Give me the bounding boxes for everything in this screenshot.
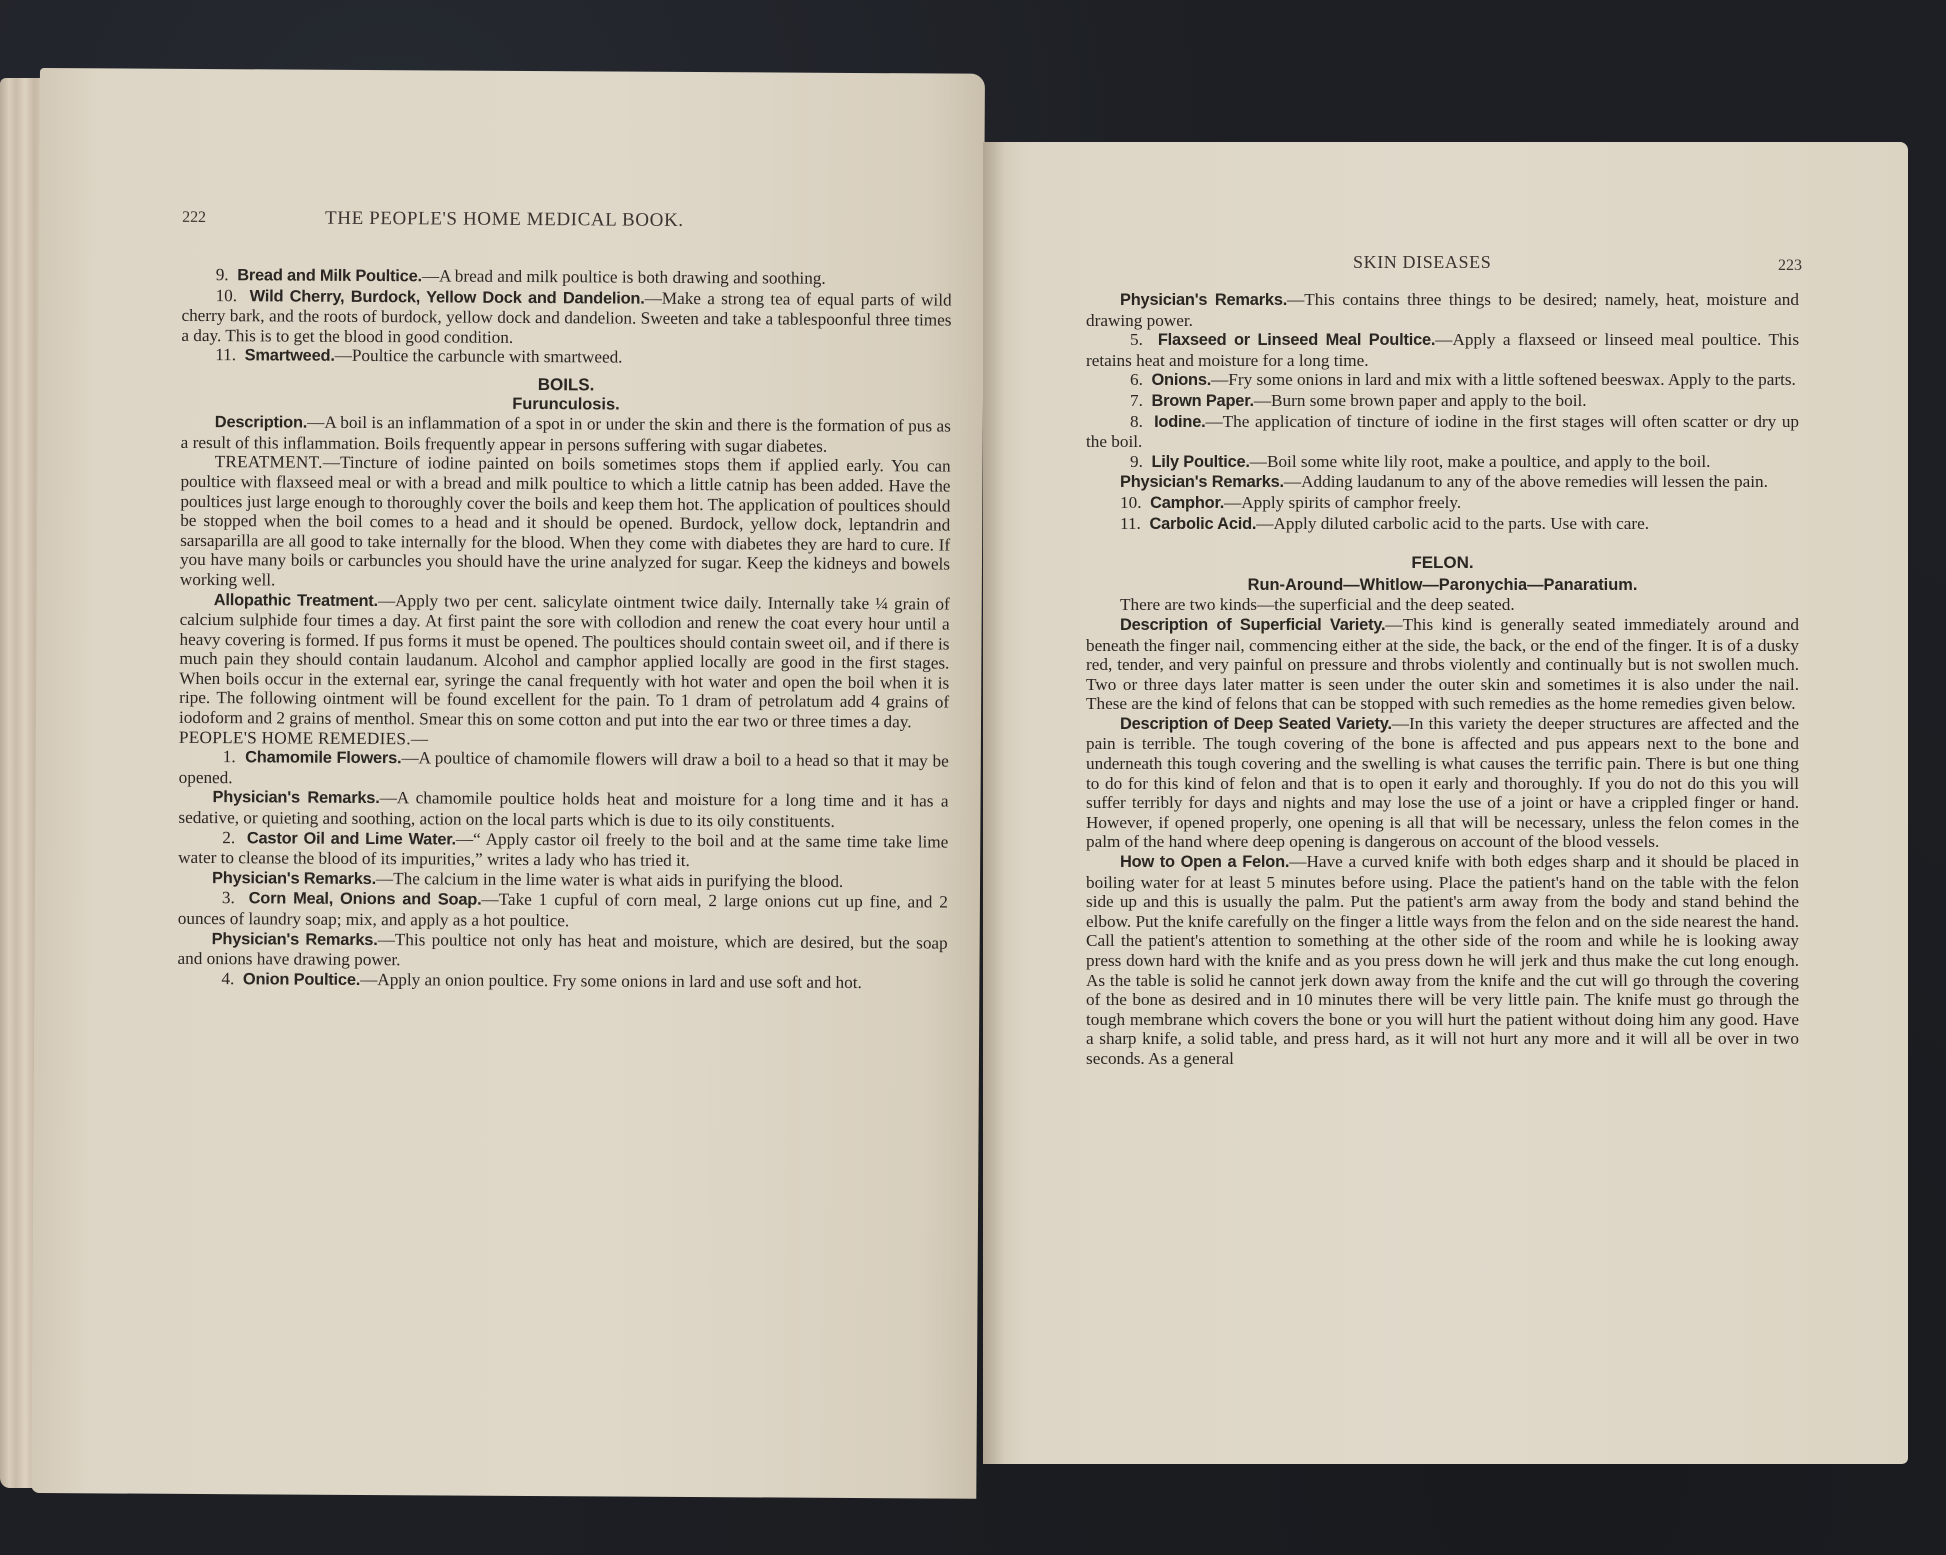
left-page: 222 THE PEOPLE'S HOME MEDICAL BOOK. 9. B… — [31, 68, 985, 1499]
gutter-shadow — [983, 142, 1005, 1464]
remedy-title: Smartweed. — [245, 347, 335, 366]
page-number-right: 223 — [1778, 257, 1802, 275]
physician-remarks: Physician's Remarks.—Adding laudanum to … — [1086, 472, 1799, 493]
treatment-paragraph: TREATMENT.—Tincture of iodine painted on… — [180, 452, 951, 594]
felon-intro: There are two kinds—the superficial and … — [1086, 595, 1799, 615]
remedy-item: 9. Lily Poultice.—Boil some white lily r… — [1086, 452, 1799, 473]
remedy-title: Wild Cherry, Burdock, Yellow Dock and Da… — [250, 287, 645, 307]
running-head-left: THE PEOPLE'S HOME MEDICAL BOOK. — [325, 208, 684, 232]
page-number-left: 222 — [182, 209, 206, 227]
description-paragraph: Description.—A boil is an inflammation o… — [181, 412, 951, 457]
remedy-item: 5. Flaxseed or Linseed Meal Poultice.—Ap… — [1086, 330, 1799, 370]
right-page-body: Physician's Remarks.—This contains three… — [1086, 290, 1799, 1069]
section-subtitle-felon: Run-Around—Whitlow—Paronychia—Panaratium… — [1086, 576, 1799, 596]
remedy-item: 4. Onion Poultice.—Apply an onion poulti… — [177, 969, 947, 994]
left-page-body: 9. Bread and Milk Poultice.—A bread and … — [177, 265, 951, 994]
remedy-item: 3. Corn Meal, Onions and Soap.—Take 1 cu… — [178, 888, 948, 933]
superficial-paragraph: Description of Superficial Variety.—This… — [1086, 615, 1799, 714]
physician-remarks: Physician's Remarks.—A chamomile poultic… — [178, 787, 948, 832]
remedy-item: 2. Castor Oil and Lime Water.—“ Apply ca… — [178, 827, 948, 872]
allopathic-paragraph: Allopathic Treatment.—Apply two per cent… — [179, 589, 950, 732]
physician-remarks: Physician's Remarks.—This contains three… — [1086, 290, 1799, 330]
remedy-title: Bread and Milk Poultice. — [237, 266, 422, 285]
remedy-item: 8. Iodine.—The application of tincture o… — [1086, 412, 1799, 452]
remedy-item: 10. Wild Cherry, Burdock, Yellow Dock an… — [181, 285, 951, 349]
how-to-open-paragraph: How to Open a Felon.—Have a curved knife… — [1086, 852, 1799, 1069]
deep-seated-paragraph: Description of Deep Seated Variety.—In t… — [1086, 714, 1799, 852]
physician-remarks: Physician's Remarks.—This poultice not o… — [178, 928, 948, 973]
remedy-item: 10. Camphor.—Apply spirits of camphor fr… — [1086, 493, 1799, 514]
remedy-item: 11. Smartweed.—Poultice the carbuncle wi… — [181, 345, 951, 370]
remedy-item: 1. Chamomile Flowers.—A poultice of cham… — [179, 747, 949, 792]
right-page: SKIN DISEASES 223 Physician's Remarks.—T… — [983, 142, 1908, 1464]
remedy-item: 6. Onions.—Fry some onions in lard and m… — [1086, 370, 1799, 391]
running-head-right: SKIN DISEASES — [1353, 252, 1491, 273]
remedy-item: 7. Brown Paper.—Burn some brown paper an… — [1086, 391, 1799, 412]
remedy-item: 11. Carbolic Acid.—Apply diluted carboli… — [1086, 514, 1799, 535]
section-title-felon: FELON. — [1086, 553, 1799, 573]
